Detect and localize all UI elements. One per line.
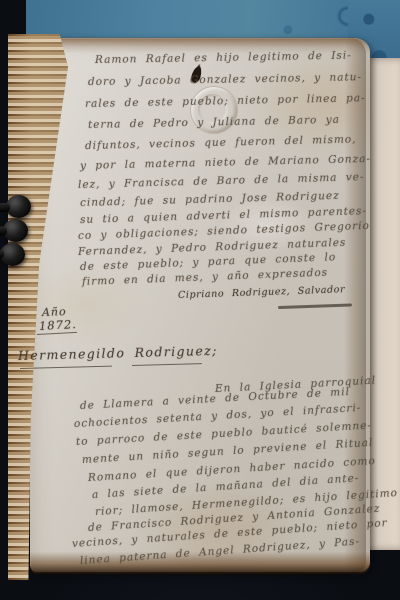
underline	[20, 366, 112, 369]
manuscript-line: Ramon Rafael es hijo legitimo de Isi-	[95, 50, 352, 66]
manuscript-line: difuntos, vecinos que fueron del mismo,	[85, 133, 357, 152]
signature-rubric	[278, 303, 352, 309]
manuscript-line: lez, y Francisca de Baro de la misma ve-	[78, 171, 365, 191]
entry-heading: Hermenegildo Rodriguez;	[18, 343, 218, 363]
underline	[132, 363, 202, 366]
manuscript-line: y por la materna nieto de Mariano Gonza-	[80, 153, 371, 172]
manuscript-page: Ramon Rafael es hijo legitimo de Isi- do…	[30, 38, 370, 572]
margin-year-value: 1872.	[39, 317, 78, 333]
binding-clasp	[5, 194, 32, 219]
manuscript-photo: Ramon Rafael es hijo legitimo de Isi- do…	[0, 0, 400, 600]
binding-clasp	[3, 219, 29, 243]
binding-clasp	[0, 243, 25, 267]
manuscript-line: doro y Jacoba Gonzalez vecinos, y natu-	[88, 71, 362, 88]
signature: Cipriano Rodriguez, Salvador	[178, 284, 346, 301]
